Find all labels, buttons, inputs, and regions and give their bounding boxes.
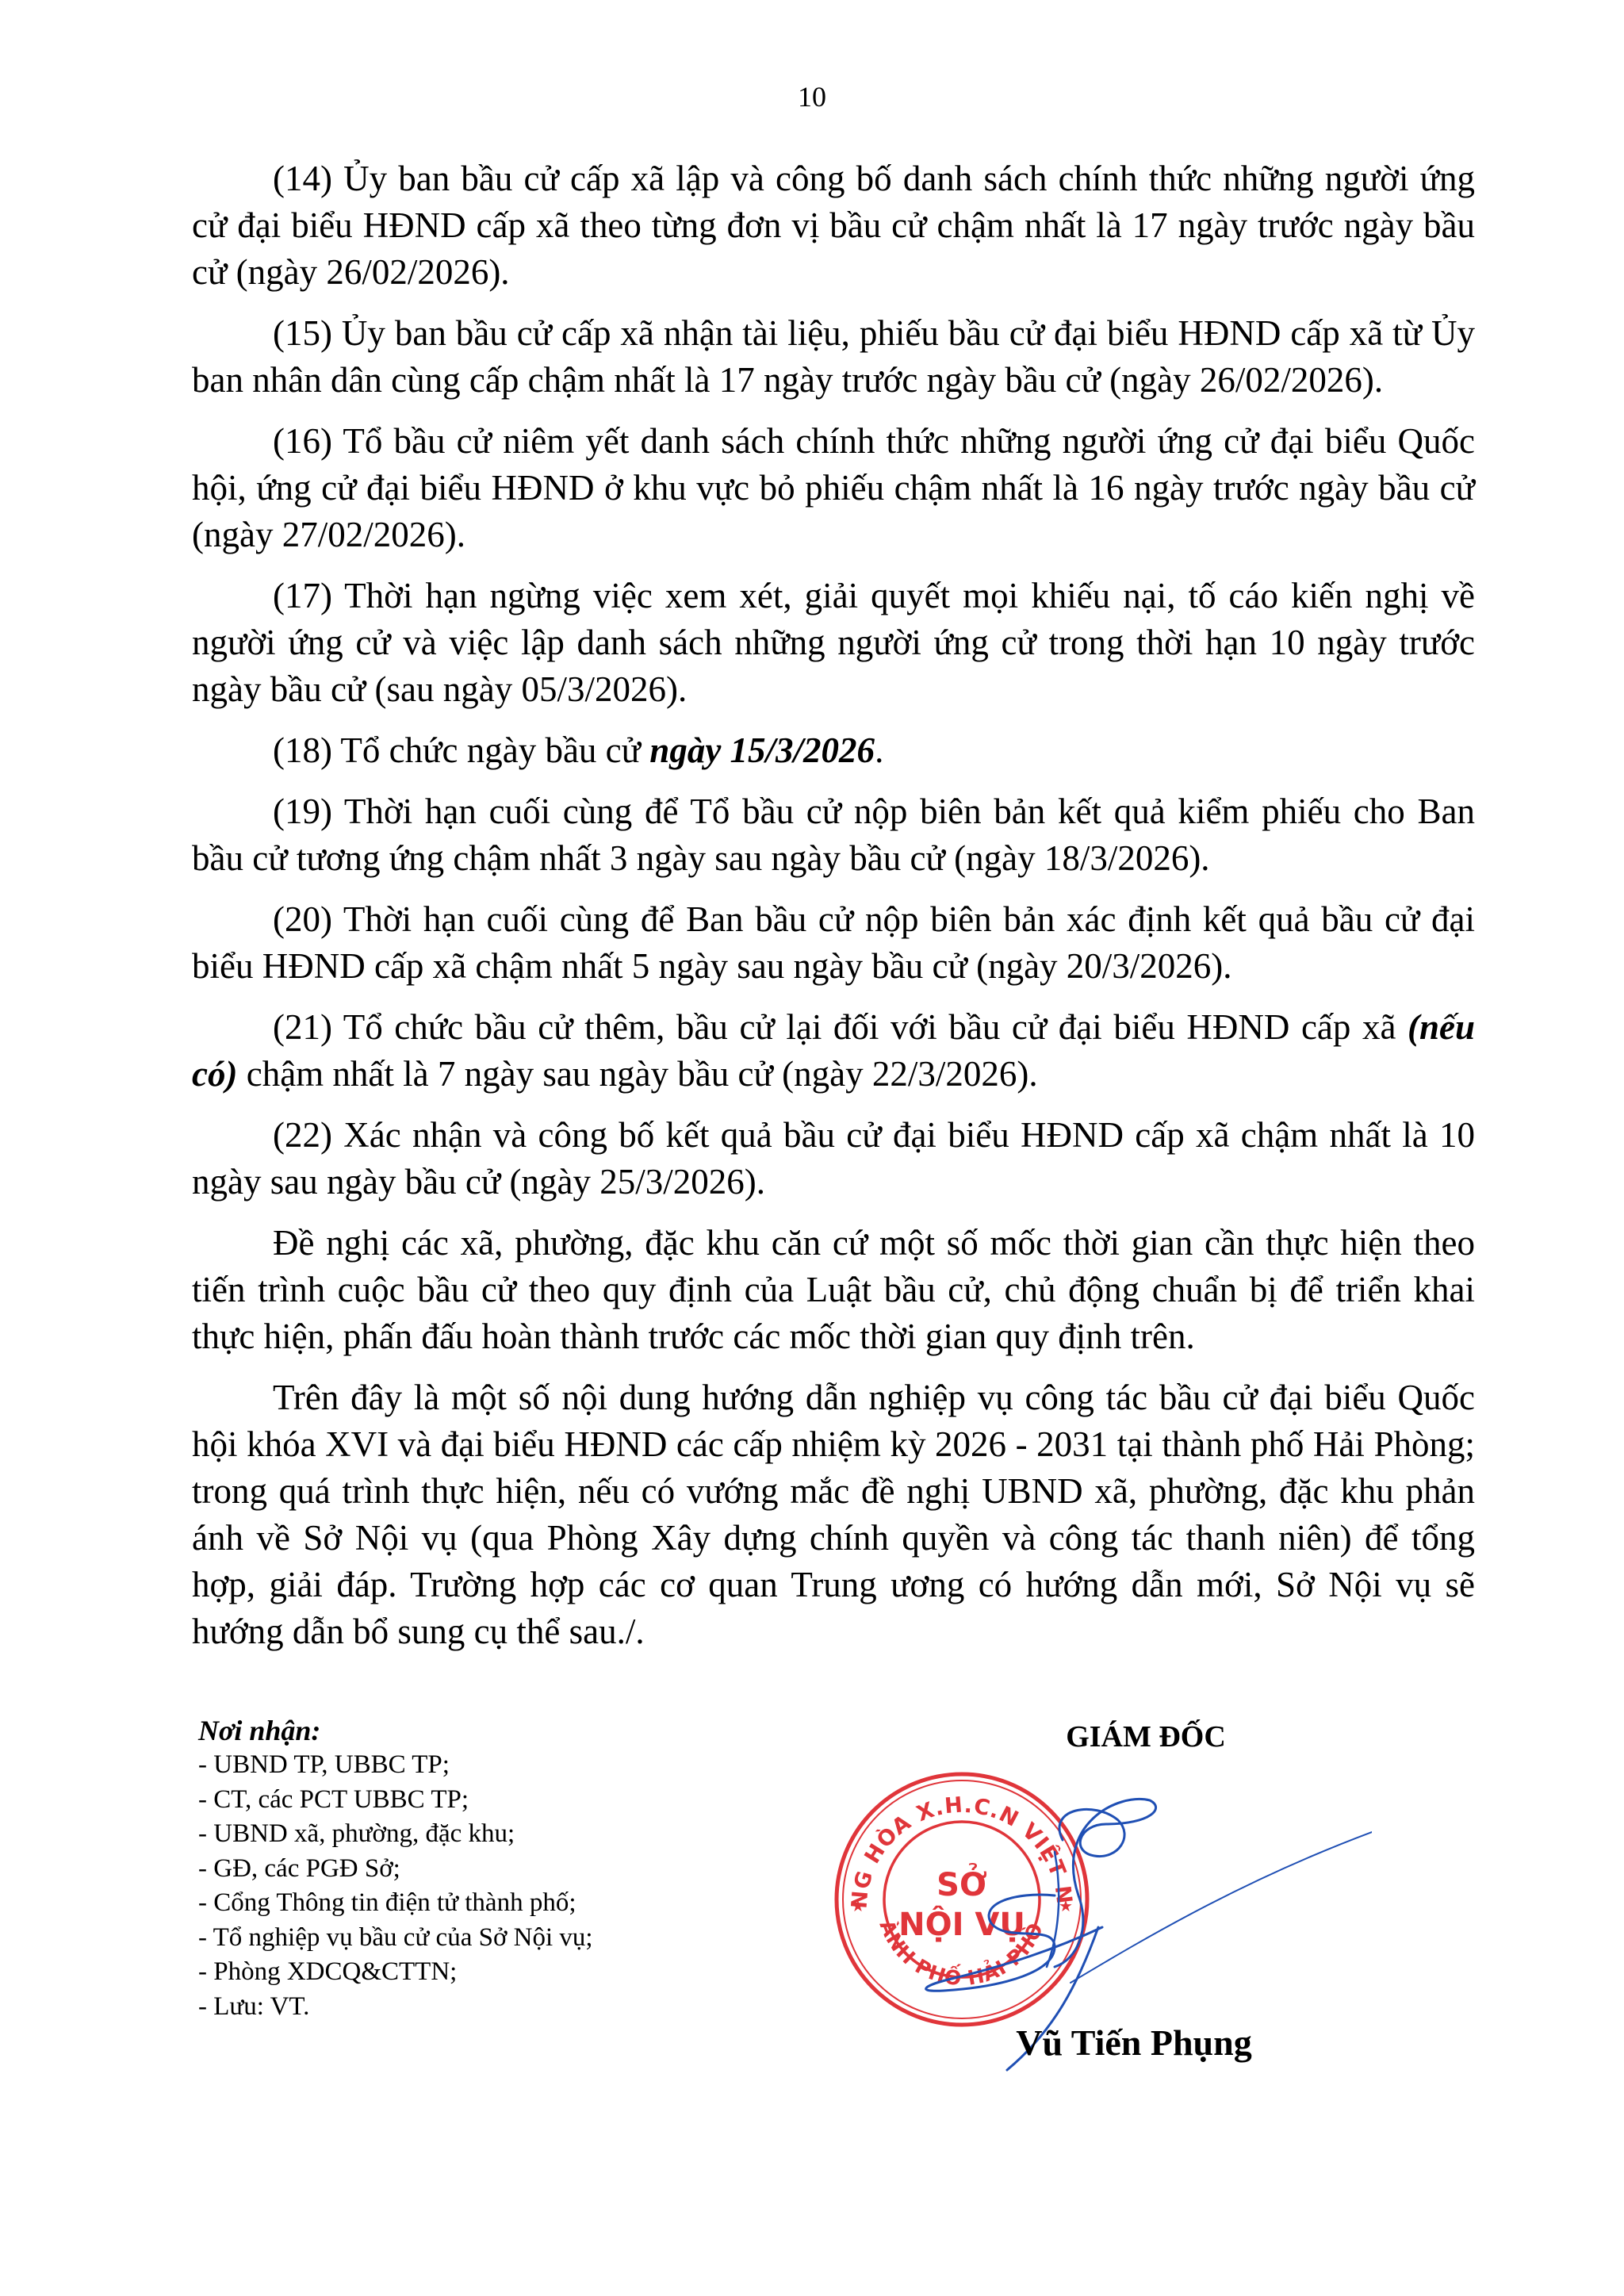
paragraph-closing: Trên đây là một số nội dung hướng dẫn ng… [192,1374,1475,1655]
paragraph-item-21-suffix: chậm nhất là 7 ngày sau ngày bầu cử (ngà… [237,1054,1037,1094]
paragraph-item-16: (16) Tổ bầu cử niêm yết danh sách chính … [192,418,1475,558]
paragraph-request: Đề nghị các xã, phường, đặc khu căn cứ m… [192,1220,1475,1360]
paragraph-item-21: (21) Tổ chức bầu cử thêm, bầu cử lại đối… [192,1004,1475,1098]
paragraph-item-18-suffix: . [875,730,883,770]
paragraph-item-15: (15) Ủy ban bầu cử cấp xã nhận tài liệu,… [192,310,1475,404]
recipient-item: - Phòng XDCQ&CTTN; [198,1955,753,1990]
recipients-title: Nơi nhận: [198,1713,753,1748]
recipient-item: - UBND xã, phường, đặc khu; [198,1817,753,1852]
election-date-emphasis: ngày 15/3/2026 [649,730,875,770]
recipient-item: - UBND TP, UBBC TP; [198,1748,753,1783]
paragraph-item-14: (14) Ủy ban bầu cử cấp xã lập và công bố… [192,155,1475,296]
recipient-item: - GĐ, các PGĐ Sở; [198,1852,753,1887]
paragraph-item-18-prefix: (18) Tổ chức ngày bầu cử [273,730,649,770]
signer-name: Vũ Tiến Phụng [817,2021,1364,2065]
document-body: (14) Ủy ban bầu cử cấp xã lập và công bố… [192,155,1475,1669]
signature-block: GIÁM ĐỐC CỘNG HÒA X.H.C.N VIỆT NAM THÀNH… [817,1713,1364,2125]
paragraph-item-19: (19) Thời hạn cuối cùng để Tổ bầu cử nộp… [192,788,1475,882]
recipient-item: - Cổng Thông tin điện tử thành phố; [198,1886,753,1921]
paragraph-item-18: (18) Tổ chức ngày bầu cử ngày 15/3/2026. [192,727,1475,774]
paragraph-item-20: (20) Thời hạn cuối cùng để Ban bầu cử nộ… [192,896,1475,990]
recipient-item: - Tổ nghiệp vụ bầu cử của Sở Nội vụ; [198,1921,753,1956]
paragraph-item-17: (17) Thời hạn ngừng việc xem xét, giải q… [192,573,1475,713]
recipients-block: Nơi nhận: - UBND TP, UBBC TP; - CT, các … [198,1713,753,2024]
recipient-item: - Lưu: VT. [198,1990,753,2025]
page-number: 10 [0,79,1624,114]
recipient-item: - CT, các PCT UBBC TP; [198,1783,753,1818]
recipients-list: - UBND TP, UBBC TP; - CT, các PCT UBBC T… [198,1748,753,2024]
signer-title: GIÁM ĐỐC [817,1719,1364,1754]
paragraph-item-21-prefix: (21) Tổ chức bầu cử thêm, bầu cử lại đối… [273,1007,1408,1047]
paragraph-item-22: (22) Xác nhận và công bố kết quả bầu cử … [192,1112,1475,1205]
